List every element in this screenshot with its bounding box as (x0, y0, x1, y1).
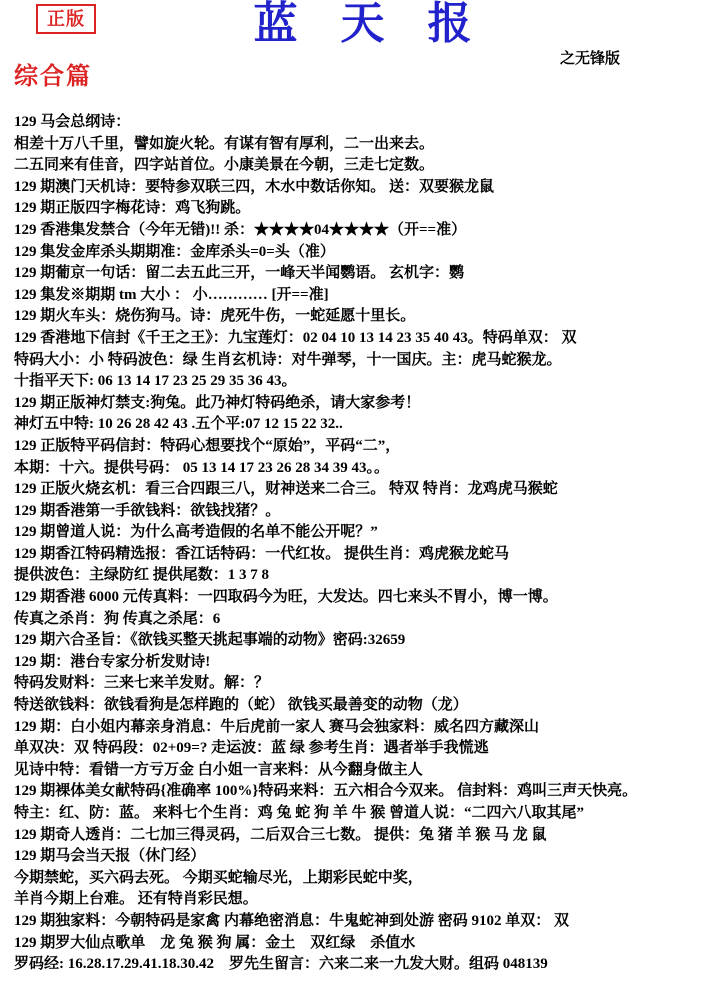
report-line: 129 期正版四字梅花诗：鸡飞狗跳。 (14, 198, 723, 220)
report-line: 特码发财料：三来七来羊发财。解：？ (14, 673, 723, 695)
report-line: 129 期：白小姐内幕亲身消息：牛后虎前一家人 赛马会独家料：威名四方藏深山 (14, 717, 723, 739)
section-title: 综合篇 (14, 56, 92, 91)
report-line: 129 期六合圣旨：《欲钱买整天挑起事端的动物》密码:32659 (14, 630, 723, 652)
report-line: 羊肖今期上台难。 还有特肖彩民想。 (14, 889, 723, 911)
report-line: 129 香港地下信封《千王之王》：九宝莲灯：02 04 10 13 14 23 … (14, 328, 723, 350)
report-line: 129 期香港第一手欲钱料：欲钱找猪？。 (14, 501, 723, 523)
report-line: 129 正版特平码信封：特码心想要找个“原始”，平码“二”， (14, 436, 723, 458)
report-line: 今期禁蛇，买六码去死。 今期买蛇输尽光，上期彩民蛇中奖， (14, 868, 723, 890)
report-line: 129 集发金库杀头期期准：金库杀头=0=头（准） (14, 242, 723, 264)
report-line: 特主：红、防：蓝。 来料七个生肖：鸡 兔 蛇 狗 羊 牛 猴 曾道人说：“二四六… (14, 803, 723, 825)
report-line: 129 期曾道人说：为什么高考造假的名单不能公开呢？” (14, 522, 723, 544)
report-line: 129 期葡京一句话：留二去五此三开，一峰天半闻鹦语。 玄机字：鹦 (14, 263, 723, 285)
report-line: 十指平天下: 06 13 14 17 23 25 29 35 36 43。 (14, 371, 723, 393)
report-line: 129 期正版神灯禁支:狗兔。此乃神灯特码绝杀，请大家参考！ (14, 393, 723, 415)
report-line: 特送欲钱料：欲钱看狗是怎样跑的（蛇） 欲钱买最善变的动物（龙） (14, 695, 723, 717)
report-line: 本期：十六。提供号码： 05 13 14 17 23 26 28 34 39 4… (14, 458, 723, 480)
edition-label: 之无锋版 (560, 47, 620, 68)
report-line: 神灯五中特: 10 26 28 42 43 .五个平:07 12 15 22 3… (14, 414, 723, 436)
report-line: 二五同来有佳音，四字站首位。小康美景在今朝，三走七定数。 (14, 155, 723, 177)
report-line: 传真之杀肖：狗 传真之杀尾：6 (14, 609, 723, 631)
report-line: 129 期罗大仙点歌单 龙 兔 猴 狗 属：金土 双红绿 杀值水 (14, 933, 723, 955)
report-line: 129 期裸体美女献特码{准确率 100%}特码来料：五六相合今双来。 信封料：… (14, 781, 723, 803)
report-line: 129 马会总纲诗： (14, 112, 723, 134)
report-line: 129 期香江特码精选报：香江话特码：一代红妆。 提供生肖：鸡虎猴龙蛇马 (14, 544, 723, 566)
report-line: 129 香港集发禁合（今年无错)!! 杀：★★★★04★★★★（开==准） (14, 220, 723, 242)
report-line: 129 期：港台专家分析发财诗! (14, 652, 723, 674)
report-line: 特码大小：小 特码波色：绿 生肖玄机诗：对牛弹琴，十一国庆。主：虎马蛇猴龙。 (14, 350, 723, 372)
report-line: 提供波色：主绿防红 提供尾数：1 3 7 8 (14, 565, 723, 587)
report-line: 129 期澳门天机诗：要特参双联三四，木水中数话你知。 送：双要猴龙鼠 (14, 177, 723, 199)
report-line: 129 期奇人透肖：二七加三得灵码，二后双合三七数。 提供：兔 猪 羊 猴 马 … (14, 825, 723, 847)
report-line: 129 正版火烧玄机：看三合四跟三八，财神送来二合三。 特双 特肖：龙鸡虎马猴蛇 (14, 479, 723, 501)
report-line: 129 期香港 6000 元传真料：一四取码今为旺，大发达。四七来头不胃小，博一… (14, 587, 723, 609)
report-line: 129 集发※期期 tm 大小 ： 小………… [开==准] (14, 285, 723, 307)
report-lines: 129 马会总纲诗：相差十万八千里，譬如旋火轮。有谋有智有厚利，二一出来去。二五… (14, 112, 723, 976)
report-line: 单双决：双 特码段：02+09=? 走运波：蓝 绿 参考生肖：遇者举手我慌逃 (14, 738, 723, 760)
report-line: 见诗中特：看错一方亏万金 白小姐一言来料：从今翻身做主人 (14, 760, 723, 782)
report-line: 相差十万八千里，譬如旋火轮。有谋有智有厚利，二一出来去。 (14, 134, 723, 156)
report-line: 129 期马会当天报（休门经） (14, 846, 723, 868)
page-title: 蓝 天 报 (0, 0, 725, 48)
report-line: 罗码经: 16.28.17.29.41.18.30.42 罗先生留言：六来二来一… (14, 954, 723, 976)
report-line: 129 期独家料：今朝特码是家禽 内幕绝密消息：牛鬼蛇神到处游 密码 9102 … (14, 911, 723, 933)
report-line: 129 期火车头：烧伤狗马。诗：虎死牛伤，一蛇延愿十里长。 (14, 306, 723, 328)
